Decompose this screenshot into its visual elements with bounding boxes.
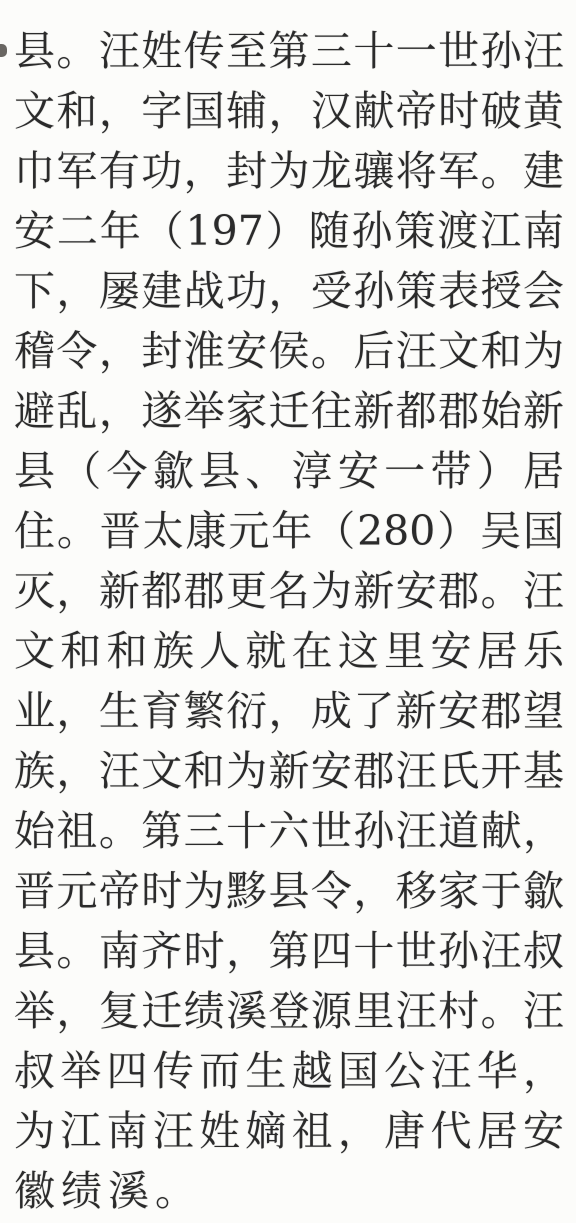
text-line: 徽绩溪。 (14, 1161, 564, 1221)
text-line: 始祖。第三十六世孙汪道献， (14, 801, 564, 861)
text-line: 举，复迁绩溪登源里汪村。汪 (14, 981, 564, 1041)
text-line: 叔举四传而生越国公汪华， (14, 1041, 564, 1101)
text-line: 县（今歙县、淳安一带）居 (14, 441, 564, 501)
text-line: 县。汪姓传至第三十一世孙汪 (14, 21, 564, 81)
text-line: 安二年（197）随孙策渡江南 (14, 201, 564, 261)
text-line: 下，屡建战功，受孙策表授会 (14, 261, 564, 321)
text-line: 族，汪文和为新安郡汪氏开基 (14, 741, 564, 801)
text-line: 巾军有功，封为龙骧将军。建 (14, 141, 564, 201)
text-line: 文和，字国辅，汉献帝时破黄 (14, 81, 564, 141)
text-line: 灭，新都郡更名为新安郡。汪 (14, 561, 564, 621)
text-line: 县。南齐时，第四十世孙汪叔 (14, 921, 564, 981)
scanned-page-background: { "document": { "language": "zh-CN", "ba… (0, 0, 576, 1223)
text-line: 晋元帝时为黟县令，移家于歙 (14, 861, 564, 921)
scan-artifact-mark (0, 44, 7, 57)
text-line: 为江南汪姓嫡祖，唐代居安 (14, 1101, 564, 1161)
text-line: 避乱，遂举家迁往新都郡始新 (14, 381, 564, 441)
text-line: 稽令，封淮安侯。后汪文和为 (14, 321, 564, 381)
document-page: 县。汪姓传至第三十一世孙汪 文和，字国辅，汉献帝时破黄 巾军有功，封为龙骧将军。… (0, 0, 576, 1223)
text-line: 文和和族人就在这里安居乐 (14, 621, 564, 681)
text-line: 住。晋太康元年（280）吴国被 (14, 501, 564, 561)
text-line: 业，生育繁衍，成了新安郡望 (14, 681, 564, 741)
